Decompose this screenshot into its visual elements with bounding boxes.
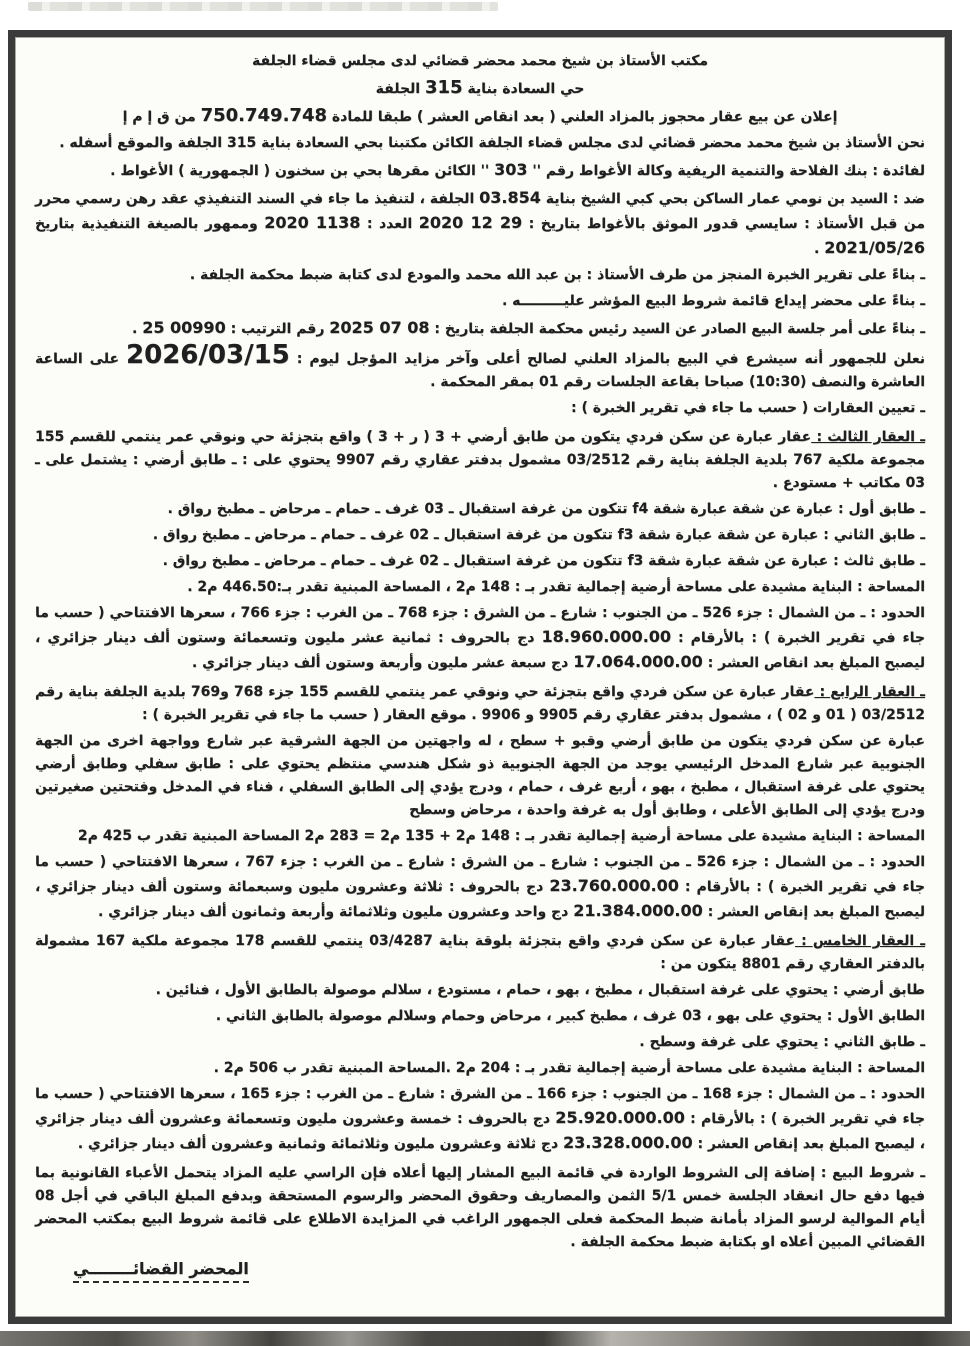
beneficiary-agency-number: 303: [494, 160, 527, 179]
property4-reduced-price: 21.384.000.00: [573, 901, 703, 920]
title-text-post: من ق إ م إ: [123, 109, 201, 125]
property5-bounds-price: الحدود : ـ من الشمال : جزء 168 ـ من الجن…: [35, 1083, 925, 1156]
property5-floor1: طابق أرضي : يحتوي على غرفة استقبال ، مطب…: [35, 979, 925, 1002]
page: مكتب الأستاذ بن شيخ محمد محضر قضائي لدى …: [0, 0, 970, 1346]
debtor-building-number: 03.854: [479, 188, 541, 207]
debtor-text-mid2: العدد :: [360, 216, 418, 232]
property3-floor3: ـ طابق ثالث : عبارة عن شقة عبارة شقة f3 …: [35, 550, 925, 573]
basis-order-text-end: .: [132, 321, 142, 337]
property3-paragraph: ـ العقار الثالث : عقار عبارة عن سكن فردي…: [35, 426, 925, 495]
basis-order-text-mid: رقم الترتيب :: [226, 321, 330, 337]
executory-date: 2021/05/26: [824, 238, 925, 257]
beneficiary-text-pre: لفائدة : بنك الفلاحة والتنمية الريفية وك…: [528, 163, 926, 179]
title-article-numbers: 750.749.748: [201, 105, 327, 126]
property5-body: عقار عبارة عن سكن فردي واقع بتجزئة بلوقة…: [35, 933, 925, 972]
property4-description-text: عبارة عن سكن فردي يتكون من طابق أرضي وقب…: [35, 733, 925, 818]
property3-area: المساحة : البناية مشيدة على مساحة أرضية …: [35, 576, 925, 599]
property3-floor2: ـ طابق الثاني : عبارة عن شقة عبارة شقة f…: [35, 524, 925, 547]
properties-designation-heading: ـ تعيين العقارات ( حسب ما جاء في تقرير ا…: [35, 397, 925, 420]
property5-bounds-text-end: دج ثلاثة وعشرون مليون وثلاثمائة وثمانية …: [78, 1136, 563, 1152]
property5-floor3-text: ـ طابق الثاني : يحتوي على غرفة وسطح .: [639, 1034, 925, 1050]
sale-conditions-paragraph: ـ شروط البيع : إضافة إلى الشروط الواردة …: [35, 1162, 925, 1254]
order-sequence-number: 00990 25: [142, 318, 226, 337]
sale-conditions-text: إضافة إلى الشروط الواردة في قائمة البيع …: [35, 1165, 925, 1250]
property3-floor2-text: ـ طابق الثاني : عبارة عن شقة عبارة شقة f…: [153, 527, 925, 543]
property3-label: ـ العقار الثالث :: [811, 429, 925, 445]
basis-expert-report: ـ بناءً على تقرير الخبرة المنجز من طرف ا…: [35, 264, 925, 287]
property5-floor2-text: الطابق الأول : يحتوي على بهو ، 03 غرف ، …: [216, 1008, 925, 1024]
auction-date: 2026/03/15: [126, 340, 290, 370]
office-name: مكتب الأستاذ بن شيخ محمد محضر قضائي لدى …: [252, 53, 708, 69]
basis-deposit-record-text: ـ بناءً على محضر إيداع قائمة شروط البيع …: [502, 293, 925, 309]
property5-label: ـ العقار الخامس :: [795, 933, 925, 949]
bailiff-intro-paragraph: نحن الأستاذ بن شيخ محمد محضر قضائي لدى م…: [35, 132, 925, 155]
bailiff-signature-label: المحضر القضائــــــــي: [73, 1257, 249, 1283]
property4-label: ـ العقار الرابع :: [814, 684, 925, 700]
announcement-text-pre: نعلن للجمهور أنه سيشرع في البيع بالمزاد …: [290, 351, 925, 367]
address-building-number: 315: [425, 77, 463, 98]
property4-area: المساحة : البناية مشيدة على مساحة أرضية …: [35, 825, 925, 848]
bailiff-intro-text: نحن الأستاذ بن شيخ محمد محضر قضائي لدى م…: [59, 135, 925, 151]
property5-floor2: الطابق الأول : يحتوي على بهو ، 03 غرف ، …: [35, 1005, 925, 1028]
title-text-pre: إعلان عن بيع عقار محجوز بالمزاد العلني (…: [327, 109, 837, 125]
property5-area: المساحة : البناية مشيدة على مساحة أرضية …: [35, 1057, 925, 1080]
debtor-paragraph: ضد : السيد بن نومي عمار الساكن بحي كبي ا…: [35, 186, 925, 261]
property4-bounds-text-end: دج واحد وعشرون مليون وثلاثمائة وأربعة وث…: [98, 904, 573, 920]
header-address-line: حي السعادة بناية 315 الجلفة: [35, 76, 925, 101]
debtor-text-pre: ضد : السيد بن نومي عمار الساكن بحي كبي ا…: [541, 191, 925, 207]
sale-conditions-label: ـ شروط البيع :: [815, 1165, 925, 1181]
beneficiary-paragraph: لفائدة : بنك الفلاحة والتنمية الريفية وك…: [35, 158, 925, 183]
basis-order-text-pre: ـ بناءً على أمر جلسة البيع الصادر عن الس…: [430, 321, 926, 337]
document-frame: مكتب الأستاذ بن شيخ محمد محضر قضائي لدى …: [8, 30, 952, 1324]
debtor-text-mid3: وممهور بالصيغة التنفيذية بتاريخ: [35, 216, 264, 232]
basis-session-order: ـ بناءً على أمر جلسة البيع الصادر عن الس…: [35, 316, 925, 341]
property3-floor1: ـ طابق أول : عبارة عن شقة عبارة شقة f4 ت…: [35, 498, 925, 521]
basis-expert-report-text: ـ بناءً على تقرير الخبرة المنجز من طرف ا…: [190, 267, 925, 283]
address-text-pre: حي السعادة بناية: [463, 81, 585, 97]
order-date: 08 07 2025: [329, 318, 429, 337]
property3-reduced-price: 17.064.000.00: [573, 652, 703, 671]
header-title-line: إعلان عن بيع عقار محجوز بالمزاد العلني (…: [35, 104, 925, 129]
property4-bounds-price: الحدود : ـ من الشمال : جزء 526 ـ من الجن…: [35, 851, 925, 924]
document-content: مكتب الأستاذ بن شيخ محمد محضر قضائي لدى …: [15, 37, 945, 1317]
property5-paragraph: ـ العقار الخامس : عقار عبارة عن سكن فردي…: [35, 930, 925, 976]
property5-reduced-price: 23.328.000.00: [563, 1133, 693, 1152]
property3-bounds-price: الحدود : ـ من الشمال : جزء 526 ـ من الجن…: [35, 602, 925, 675]
property4-opening-price: 23.760.000.00: [549, 876, 679, 895]
property4-description: عبارة عن سكن فردي يتكون من طابق أرضي وقب…: [35, 730, 925, 822]
property3-bounds-text-end: دج سبعة عشر مليون وأربعة وستون ألف دينار…: [192, 655, 573, 671]
property3-body: عقار عبارة عن سكن فردي يتكون من طابق أرض…: [35, 429, 925, 491]
property4-area-text: المساحة : البناية مشيدة على مساحة أرضية …: [78, 828, 925, 844]
scan-artifact-top: [28, 2, 498, 11]
beneficiary-text-post: '' الكائن مقرها بحي بن سخنون ( الجمهورية…: [110, 163, 494, 179]
property5-floor1-text: طابق أرضي : يحتوي على غرفة استقبال ، مطب…: [156, 982, 925, 998]
property4-body: عقار عبارة عن سكن فردي واقع بتجزئة حي ون…: [35, 684, 925, 723]
scan-artifact-bottom: [0, 1331, 970, 1346]
property5-floor3: ـ طابق الثاني : يحتوي على غرفة وسطح .: [35, 1031, 925, 1054]
property5-opening-price: 25.920.000.00: [555, 1108, 685, 1127]
property3-area-text: المساحة : البناية مشيدة على مساحة أرضية …: [187, 579, 925, 595]
properties-designation-text: ـ تعيين العقارات ( حسب ما جاء في تقرير ا…: [571, 400, 925, 416]
address-text-post: الجلفة: [376, 81, 425, 97]
deed-number: 1138 2020: [264, 213, 360, 232]
property3-floor1-text: ـ طابق أول : عبارة عن شقة عبارة شقة f4 ت…: [168, 501, 925, 517]
property3-floor3-text: ـ طابق ثالث : عبارة عن شقة عبارة شقة f3 …: [163, 553, 925, 569]
debtor-text-end: .: [814, 241, 824, 257]
property4-paragraph: ـ العقار الرابع : عقار عبارة عن سكن فردي…: [35, 681, 925, 727]
deed-date: 29 12 2020: [419, 213, 522, 232]
property3-opening-price: 18.960.000.00: [541, 627, 671, 646]
basis-deposit-record: ـ بناءً على محضر إيداع قائمة شروط البيع …: [35, 290, 925, 313]
signature-block: المحضر القضائــــــــي: [35, 1257, 925, 1283]
auction-announcement: نعلن للجمهور أنه سيشرع في البيع بالمزاد …: [35, 344, 925, 394]
property5-area-text: المساحة : البناية مشيدة على مساحة أرضية …: [214, 1060, 925, 1076]
header-office-line: مكتب الأستاذ بن شيخ محمد محضر قضائي لدى …: [35, 50, 925, 73]
